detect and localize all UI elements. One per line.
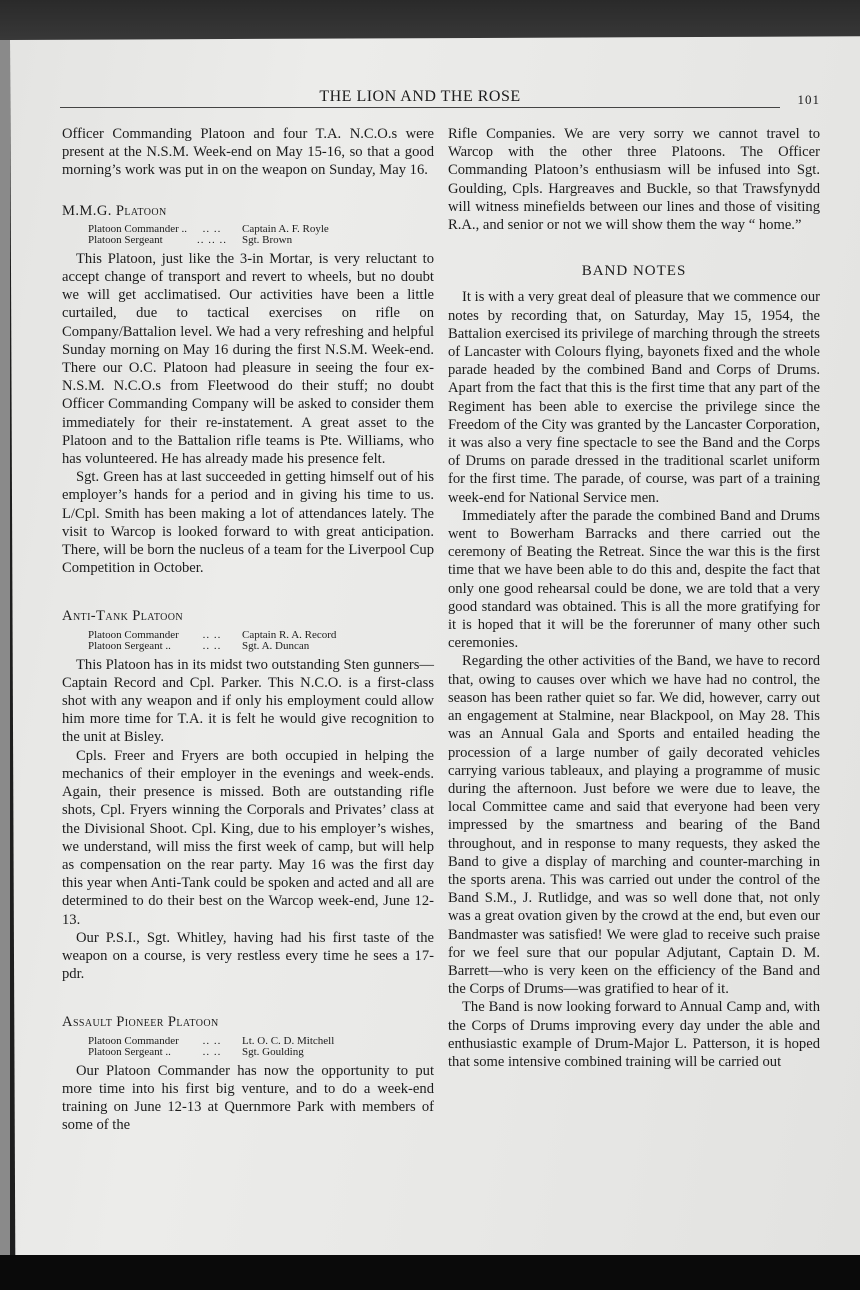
staff-role: Platoon Commander — [88, 1036, 190, 1047]
leader-dots: .. .. — [190, 1036, 234, 1047]
leader-dots: .. .. .. — [190, 235, 234, 246]
anti-tank-staff-list: Platoon Commander .. .. Captain R. A. Re… — [88, 630, 336, 652]
body-paragraph: Our P.S.I., Sgt. Whitley, having had his… — [62, 929, 434, 984]
section-heading-band-notes: BAND NOTES — [448, 262, 820, 280]
staff-row: Platoon Sergeant .. .. .. Sgt. A. Duncan — [88, 641, 336, 652]
body-paragraph: Our Platoon Commander has now the opport… — [62, 1062, 434, 1135]
staff-role: Platoon Sergeant .. — [88, 1047, 190, 1058]
leader-dots: .. .. — [190, 641, 234, 652]
book-shadow-bottom — [0, 1255, 860, 1290]
staff-name: Sgt. A. Duncan — [234, 641, 336, 652]
intro-paragraph: Officer Commanding Platoon and four T.A.… — [62, 125, 434, 180]
staff-role: Platoon Sergeant .. — [88, 641, 190, 652]
page-number: 101 — [798, 92, 821, 108]
running-header: THE LION AND THE ROSE 101 — [60, 86, 820, 112]
continuation-paragraph: Rifle Companies. We are very sorry we ca… — [448, 125, 820, 234]
body-paragraph: Cpls. Freer and Fryers are both occupied… — [62, 747, 434, 929]
staff-row: Platoon Sergeant .. .. .. Sgt. Goulding — [88, 1047, 334, 1058]
book-gutter-edge — [0, 40, 10, 1270]
section-heading-mmg-platoon: M.M.G. Platoon — [62, 202, 434, 220]
header-rule — [60, 107, 780, 108]
body-paragraph: This Platoon, just like the 3-in Mortar,… — [62, 250, 434, 468]
body-paragraph: Regarding the other activities of the Ba… — [448, 652, 820, 998]
running-title: THE LION AND THE ROSE — [60, 88, 780, 106]
right-column: Rifle Companies. We are very sorry we ca… — [448, 125, 820, 1071]
body-paragraph: It is with a very great deal of pleasure… — [448, 288, 820, 506]
assault-pioneer-staff-list: Platoon Commander .. .. Lt. O. C. D. Mit… — [88, 1036, 334, 1058]
staff-name: Sgt. Goulding — [234, 1047, 334, 1058]
leader-dots: .. .. — [190, 1047, 234, 1058]
section-heading-assault-pioneer-platoon: Assault Pioneer Platoon — [62, 1013, 434, 1031]
mmg-staff-list: Platoon Commander .. .. .. Captain A. F.… — [88, 224, 329, 246]
body-paragraph: Immediately after the parade the combine… — [448, 507, 820, 653]
staff-name: Sgt. Brown — [234, 235, 329, 246]
staff-row: Platoon Sergeant .. .. .. Sgt. Brown — [88, 235, 329, 246]
body-paragraph: Sgt. Green has at last succeeded in gett… — [62, 468, 434, 577]
staff-role: Platoon Sergeant — [88, 235, 190, 246]
body-paragraph: The Band is now looking forward to Annua… — [448, 998, 820, 1071]
body-paragraph: This Platoon has in its midst two outsta… — [62, 656, 434, 747]
staff-name: Lt. O. C. D. Mitchell — [234, 1036, 334, 1047]
section-heading-anti-tank-platoon: Anti-Tank Platoon — [62, 607, 434, 625]
left-column: Officer Commanding Platoon and four T.A.… — [62, 125, 434, 1134]
staff-row: Platoon Commander .. .. Lt. O. C. D. Mit… — [88, 1036, 334, 1047]
